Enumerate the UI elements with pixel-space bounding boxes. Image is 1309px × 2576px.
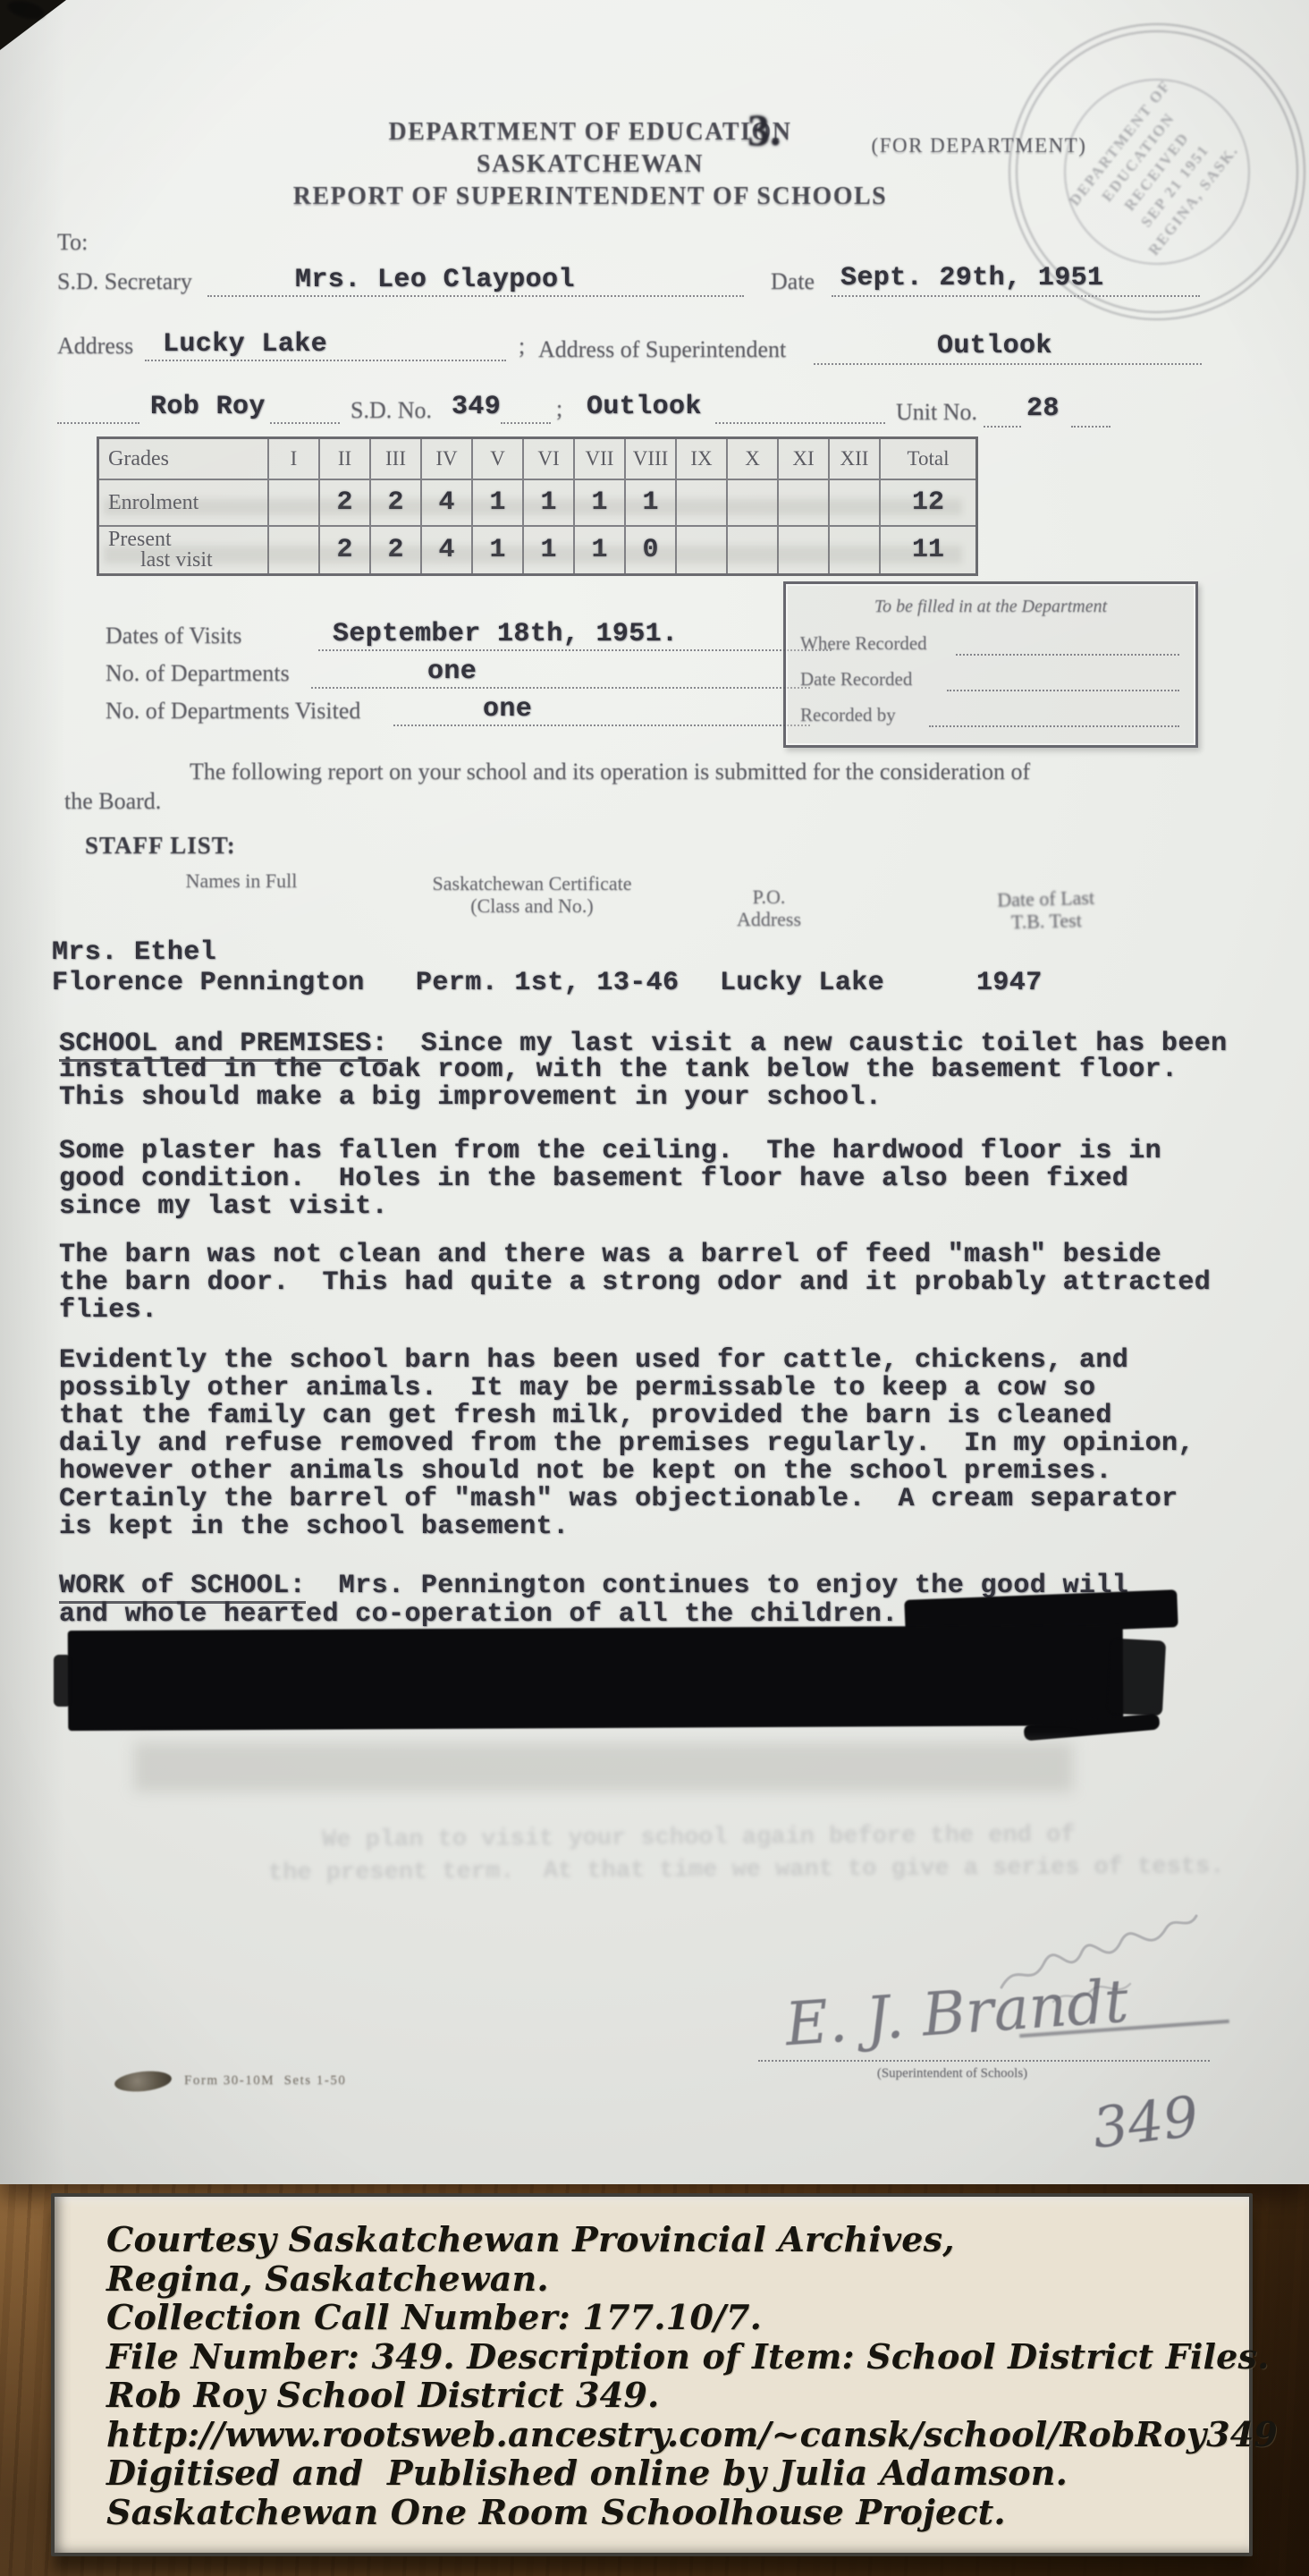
recorded-by-label: Recorded by: [800, 704, 896, 726]
date-recorded-label: Date Recorded: [800, 668, 912, 691]
work-of-school-heading: WORK of SCHOOL:: [59, 1571, 306, 1601]
dotted-line: [207, 295, 744, 297]
to-label: To:: [57, 229, 88, 256]
dotted-line: [947, 690, 1179, 691]
form-title: REPORT OF SUPERINTENDENT OF SCHOOLS: [250, 182, 930, 211]
staff-col-tb-test: Date of Last T.B. Test: [960, 885, 1131, 935]
staff-col-po-line2: Address: [711, 908, 827, 930]
table-header-total: Total: [881, 439, 975, 480]
supt-address-value: Outlook: [937, 331, 1052, 361]
table-header: I: [269, 439, 320, 480]
caption-text: Courtesy Saskatchewan Provincial Archive…: [106, 2220, 1278, 2531]
staff-col-certificate-line1: Saskatchewan Certificate: [384, 872, 680, 894]
supt-address-label: Address of Superintendent: [538, 336, 786, 363]
dotted-line: [929, 725, 1179, 727]
departments-visited-value: one: [483, 694, 532, 724]
table-header: VIII: [626, 439, 677, 480]
dates-of-visits-value: September 18th, 1951.: [333, 619, 678, 649]
staff-name-line2: Florence Pennington: [52, 968, 365, 998]
table-header: X: [728, 439, 779, 480]
departments-value: one: [427, 657, 477, 687]
table-header: III: [371, 439, 422, 480]
staff-name-line1: Mrs. Ethel: [52, 937, 216, 968]
table-header: II: [320, 439, 371, 480]
premises-paragraph: installed in the cloak room, with the ta…: [59, 1056, 1309, 1112]
intro-paragraph: The following report on your school and …: [64, 757, 1307, 816]
signature-dotted-line: [758, 2060, 1210, 2062]
form-imprint: Form 30-10M Sets 1-50: [184, 2073, 346, 2089]
dotted-line: [270, 422, 340, 424]
caption-line: Collection Call Number: 177.10/7.: [106, 2298, 1278, 2337]
address-value: Lucky Lake: [163, 329, 327, 360]
dotted-line: [311, 687, 810, 689]
caption-line: Digitised and Published online by Julia …: [106, 2453, 1278, 2493]
sd-secretary-value: Mrs. Leo Claypool: [295, 265, 575, 295]
where-recorded-label: Where Recorded: [800, 632, 927, 655]
dotted-line: [956, 654, 1179, 656]
sd-po-value: Outlook: [587, 392, 702, 422]
table-header: V: [473, 439, 524, 480]
staff-list-heading: STAFF LIST:: [85, 832, 236, 860]
dotted-line: [984, 426, 1021, 428]
dept-box-title: To be filled in at the Department: [786, 597, 1195, 617]
table-header: VII: [575, 439, 626, 480]
staff-col-po-address: P.O. Address: [711, 885, 827, 930]
staff-col-certificate: Saskatchewan Certificate (Class and No.): [384, 872, 680, 917]
scan-smear: [104, 546, 962, 563]
table-header-grades: Grades: [99, 439, 269, 480]
sd-no-value: 349: [452, 392, 501, 422]
sd-no-label: S.D. No.: [350, 397, 432, 424]
departments-visited-label: No. of Departments Visited: [106, 698, 360, 724]
page-number: 3.: [747, 104, 781, 156]
superintendent-title: (Superintendent of Schools): [805, 2066, 1100, 2081]
staff-po-address-value: Lucky Lake: [720, 968, 884, 998]
redaction-bleed-ghost: [134, 1742, 1073, 1792]
dotted-line: [501, 422, 551, 424]
dotted-line: [814, 363, 1202, 365]
animals-paragraph: Evidently the school barn has been used …: [59, 1347, 1309, 1541]
table-header: XII: [830, 439, 881, 480]
dotted-line: [318, 649, 832, 651]
redaction-edge: [1107, 1638, 1166, 1716]
caption-line: Rob Roy School District 349.: [106, 2376, 1278, 2415]
dotted-line: [57, 422, 139, 424]
staff-certificate-value: Perm. 1st, 13-46: [416, 968, 679, 998]
plaster-paragraph: Some plaster has fallen from the ceiling…: [59, 1138, 1309, 1221]
caption-line: File Number: 349. Description of Item: S…: [106, 2337, 1278, 2377]
table-header: IX: [677, 439, 728, 480]
address-label: Address: [57, 333, 133, 360]
staff-col-names: Names in Full: [134, 869, 349, 893]
dotted-line: [832, 295, 1200, 297]
work-line2: and whole hearted co-operation of all th…: [59, 1599, 899, 1630]
table-header: IV: [422, 439, 473, 480]
form-department-line: DEPARTMENT OF EDUCATION: [295, 118, 885, 147]
unit-no-value: 28: [1026, 394, 1060, 424]
staff-tb-year-value: 1947: [976, 968, 1043, 998]
separator: ;: [556, 395, 562, 422]
district-number-handwritten: 349: [1089, 2083, 1202, 2161]
scan-smear: [104, 499, 962, 515]
dotted-line: [145, 360, 506, 361]
form-province-line: SASKATCHEWAN: [295, 150, 885, 179]
caption-line: Courtesy Saskatchewan Provincial Archive…: [106, 2220, 1278, 2259]
caption-box: Courtesy Saskatchewan Provincial Archive…: [51, 2193, 1253, 2556]
staff-col-tb-line2: T.B. Test: [961, 908, 1132, 935]
dotted-line: [393, 724, 810, 726]
staff-col-po-line1: P.O.: [711, 885, 827, 908]
table-header: XI: [779, 439, 830, 480]
caption-line: Saskatchewan One Room Schoolhouse Projec…: [106, 2493, 1278, 2532]
department-use-box: To be filled in at the Department Where …: [783, 581, 1198, 748]
date-label: Date: [771, 268, 815, 295]
unit-no-label: Unit No.: [896, 399, 977, 426]
redaction-nub: [54, 1655, 72, 1707]
caption-url: http://www.rootsweb.ancestry.com/~cansk/…: [106, 2415, 1278, 2454]
photo-of-document: DEPARTMENT OF EDUCATION SASKATCHEWAN REP…: [0, 0, 1309, 2576]
caption-line: Regina, Saskatchewan.: [106, 2259, 1278, 2299]
sd-secretary-label: S.D. Secretary: [57, 268, 192, 295]
staff-col-certificate-line2: (Class and No.): [384, 894, 680, 917]
school-name-value: Rob Roy: [150, 392, 266, 422]
ghost-text-line: We plan to visit your school again befor…: [322, 1822, 1076, 1854]
table-header: VI: [524, 439, 575, 480]
dates-of-visits-label: Dates of Visits: [106, 623, 242, 649]
barn-paragraph: The barn was not clean and there was a b…: [59, 1241, 1309, 1325]
dotted-line: [715, 422, 885, 424]
separator: ;: [519, 333, 525, 360]
departments-label: No. of Departments: [106, 660, 290, 687]
date-value: Sept. 29th, 1951: [840, 263, 1103, 293]
redaction-block: [68, 1625, 1124, 1731]
dotted-line: [1071, 426, 1111, 428]
